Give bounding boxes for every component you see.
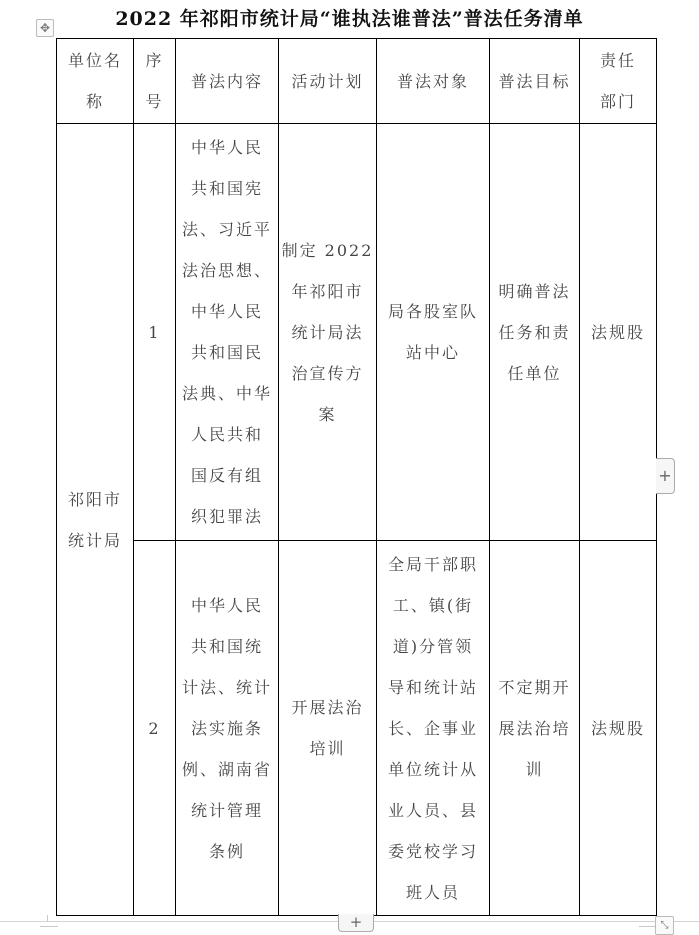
content-line: 国反有组	[182, 455, 272, 496]
audience-cell[interactable]: 局各股室队 站中心	[377, 124, 490, 541]
dept-line: 法规股	[591, 312, 645, 353]
audience-line: 道)分管领	[388, 626, 478, 667]
margin-marker	[40, 926, 58, 927]
header-row: 单位名 称 序 号 普法内容 活动计划 普法对象 普法目标 责任 部门	[57, 39, 657, 124]
header-text: 普法对象	[397, 61, 469, 102]
header-seq: 序 号	[134, 39, 176, 124]
content-line: 统计管理	[182, 790, 272, 831]
plan-cell[interactable]: 制定 2022 年祁阳市 统计局法 治宣传方 案	[279, 124, 377, 541]
goal-line: 不定期开	[498, 667, 570, 708]
table-row: 祁阳市 统计局 1 中华人民 共和国宪 法、习近平 法治思想、 中华人民 共和国…	[57, 124, 657, 541]
audience-line: 局各股室队	[388, 291, 478, 332]
plan-line: 制定 2022	[282, 230, 374, 271]
goal-line: 任单位	[498, 353, 570, 394]
plan-cell[interactable]: 开展法治 培训	[279, 541, 377, 916]
header-text: 部门	[600, 81, 636, 122]
header-dept: 责任 部门	[580, 39, 657, 124]
header-content: 普法内容	[176, 39, 279, 124]
header-text: 序	[145, 40, 163, 81]
add-column-button[interactable]: +	[656, 458, 675, 494]
content-line: 共和国统	[182, 626, 272, 667]
audience-cell[interactable]: 全局干部职 工、镇(街 道)分管领 导和统计站 长、企事业 单位统计从 业人员、…	[377, 541, 490, 916]
audience-line: 站中心	[388, 332, 478, 373]
content-line: 共和国民	[182, 332, 272, 373]
dept-line: 法规股	[591, 708, 645, 749]
plus-icon: +	[350, 913, 363, 931]
content-line: 织犯罪法	[182, 496, 272, 537]
audience-line: 委党校学习	[388, 831, 478, 872]
audience-line: 班人员	[388, 872, 478, 913]
content-cell[interactable]: 中华人民 共和国统 计法、统计 法实施条 例、湖南省 统计管理 条例	[176, 541, 279, 916]
header-text: 普法内容	[191, 61, 263, 102]
content-line: 法、习近平	[182, 209, 272, 250]
seq-cell[interactable]: 2	[134, 541, 176, 916]
header-text: 责任	[600, 40, 636, 81]
header-unit: 单位名 称	[57, 39, 134, 124]
content-line: 条例	[182, 831, 272, 872]
audience-line: 业人员、县	[388, 790, 478, 831]
content-line: 法实施条	[182, 708, 272, 749]
content-line: 中华人民	[182, 291, 272, 332]
table-move-handle[interactable]: ✥	[36, 19, 54, 37]
table-resize-handle[interactable]: ⤡	[655, 916, 674, 935]
goal-cell[interactable]: 不定期开 展法治培 训	[490, 541, 580, 916]
goal-line: 任务和责	[498, 312, 570, 353]
header-audience: 普法对象	[377, 39, 490, 124]
content-line: 计法、统计	[182, 667, 272, 708]
plan-line: 年祁阳市	[282, 271, 374, 312]
header-text: 单位名	[68, 40, 122, 81]
dept-cell[interactable]: 法规股	[580, 124, 657, 541]
resize-icon: ⤡	[661, 920, 669, 931]
content-line: 共和国宪	[182, 168, 272, 209]
plan-line: 案	[282, 394, 374, 435]
goal-line: 明确普法	[498, 271, 570, 312]
header-goal: 普法目标	[490, 39, 580, 124]
content-line: 中华人民	[182, 585, 272, 626]
plan-line: 统计局法	[282, 312, 374, 353]
unit-text: 祁阳市	[68, 479, 122, 520]
header-text: 普法目标	[498, 61, 570, 102]
goal-line: 展法治培	[498, 708, 570, 749]
header-text: 活动计划	[291, 61, 363, 102]
dept-cell[interactable]: 法规股	[580, 541, 657, 916]
audience-line: 导和统计站	[388, 667, 478, 708]
audience-line: 单位统计从	[388, 749, 478, 790]
header-text: 称	[68, 81, 122, 122]
margin-marker	[47, 915, 48, 921]
table-row: 2 中华人民 共和国统 计法、统计 法实施条 例、湖南省 统计管理 条例 开展法…	[57, 541, 657, 916]
plan-line: 治宣传方	[282, 353, 374, 394]
unit-text: 统计局	[68, 520, 122, 561]
goal-line: 训	[498, 749, 570, 790]
add-row-button[interactable]: +	[338, 914, 374, 932]
audience-line: 全局干部职	[388, 544, 478, 585]
content-line: 法治思想、	[182, 250, 272, 291]
audience-line: 工、镇(街	[388, 585, 478, 626]
content-line: 中华人民	[182, 127, 272, 168]
unit-cell[interactable]: 祁阳市 统计局	[57, 124, 134, 916]
goal-cell[interactable]: 明确普法 任务和责 任单位	[490, 124, 580, 541]
plus-icon: +	[658, 466, 671, 485]
content-line: 例、湖南省	[182, 749, 272, 790]
content-cell[interactable]: 中华人民 共和国宪 法、习近平 法治思想、 中华人民 共和国民 法典、中华 人民…	[176, 124, 279, 541]
content-line: 人民共和	[182, 414, 272, 455]
header-plan: 活动计划	[279, 39, 377, 124]
seq-cell[interactable]: 1	[134, 124, 176, 541]
plan-line: 培训	[291, 728, 363, 769]
move-icon: ✥	[40, 21, 50, 35]
plan-line: 开展法治	[291, 687, 363, 728]
document-title: 2022 年祁阳市统计局“谁执法谁普法”普法任务清单	[0, 4, 699, 31]
audience-line: 长、企事业	[388, 708, 478, 749]
content-line: 法典、中华	[182, 373, 272, 414]
task-table: 单位名 称 序 号 普法内容 活动计划 普法对象 普法目标 责任 部门 祁阳市 …	[56, 38, 657, 916]
header-text: 号	[145, 81, 163, 122]
